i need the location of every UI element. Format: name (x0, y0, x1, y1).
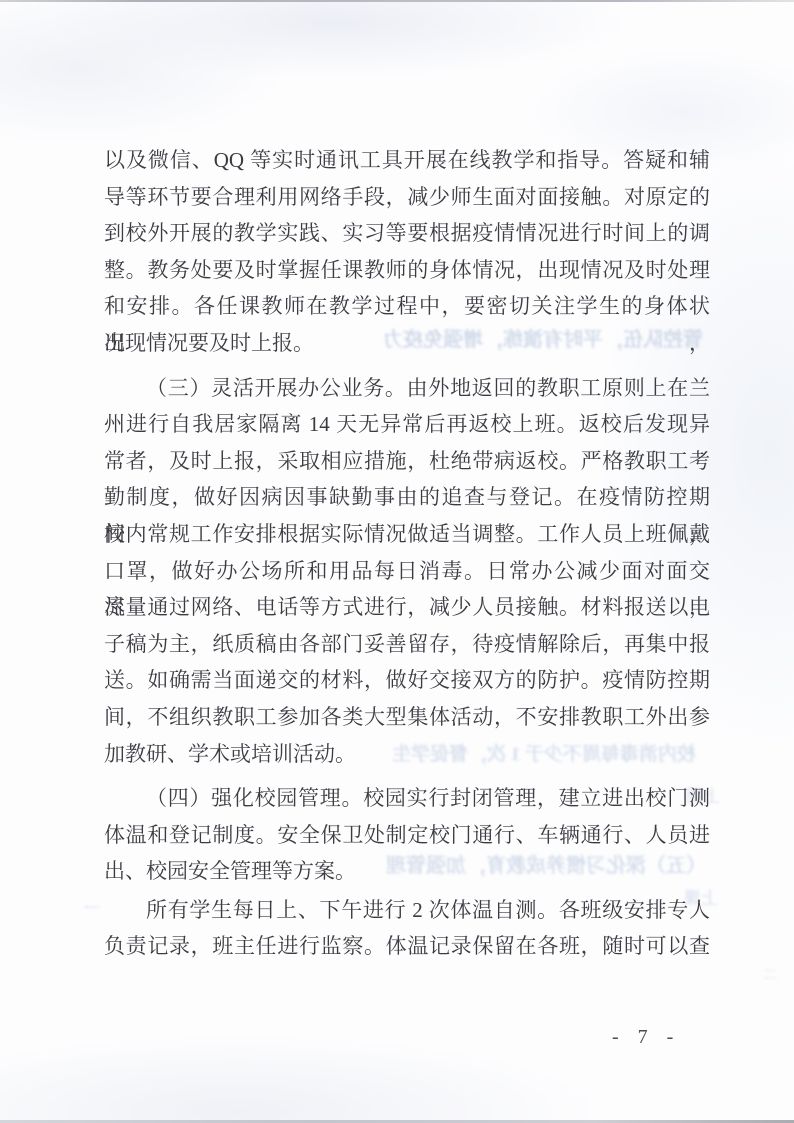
text-line: 口罩，做好办公场所和用品每日消毒。日常办公减少面对面交流， (104, 553, 710, 590)
text-line: 和安排。各任课教师在教学过程中，要密切关注学生的身体状况， (104, 288, 710, 325)
text-line: 勤制度，做好因病因事缺勤事由的追查与登记。在疫情防控期间， (104, 479, 710, 516)
page-number: - 7 - (612, 1026, 680, 1049)
text-line: 子稿为主，纸质稿由各部门妥善留存，待疫情解除后，再集中报 (104, 626, 710, 663)
text-line: 负责记录，班主任进行监察。体温记录保留在各班，随时可以查 (104, 928, 710, 965)
paragraph: （四）强化校园管理。校园实行封闭管理，建立进出校门测体温和登记制度。安全保卫处制… (104, 780, 710, 890)
text-line: 导等环节要合理利用网络手段，减少师生面对面接触。对原定的 (104, 179, 710, 216)
text-line: 整。教务处要及时掌握任课教师的身体情况，出现情况及时处理 (104, 252, 710, 289)
bleedthrough-text: 二 (764, 968, 777, 981)
text-line: 以及微信、QQ 等实时通讯工具开展在线教学和指导。答疑和辅 (104, 142, 710, 179)
scanned-page: 管控队伍，平时有演练，增强免疫力校内消毒每周不少于 1 次，督促学生（五）深化习… (0, 0, 794, 1123)
text-line: 送。如确需当面递交的材料，做好交接双方的防护。疫情防控期 (104, 662, 710, 699)
text-line: 体温和登记制度。安全保卫处制定校门通行、车辆通行、人员进 (104, 817, 710, 854)
text-line: 州进行自我居家隔离 14 天无异常后再返校上班。返校后发现异 (104, 406, 710, 443)
text-line: 间，不组织教职工参加各类大型集体活动，不安排教职工外出参 (104, 699, 710, 736)
document-text: 以及微信、QQ 等实时通讯工具开展在线教学和指导。答疑和辅导等环节要合理利用网络… (104, 142, 710, 965)
text-line: 加教研、学术或培训活动。 (104, 736, 710, 773)
text-line: 到校外开展的教学实践、实习等要根据疫情情况进行时间上的调 (104, 215, 710, 252)
text-line: 校内常规工作安排根据实际情况做适当调整。工作人员上班佩戴 (104, 516, 710, 553)
text-line: 出、校园安全管理等方案。 (104, 853, 710, 890)
paragraph: 以及微信、QQ 等实时通讯工具开展在线教学和指导。答疑和辅导等环节要合理利用网络… (104, 142, 710, 362)
text-line: 尽量通过网络、电话等方式进行，减少人员接触。材料报送以电 (104, 589, 710, 626)
paragraph: 所有学生每日上、下午进行 2 次体温自测。各班级安排专人负责记录，班主任进行监察… (104, 892, 710, 965)
text-line: （四）强化校园管理。校园实行封闭管理，建立进出校门测 (104, 780, 710, 817)
text-line: 所有学生每日上、下午进行 2 次体温自测。各班级安排专人 (104, 892, 710, 929)
paragraph: （三）灵活开展办公业务。由外地返回的教职工原则上在兰州进行自我居家隔离 14 天… (104, 370, 710, 773)
text-line: 常者，及时上报，采取相应措施，杜绝带病返校。严格教职工考 (104, 443, 710, 480)
text-line: （三）灵活开展办公业务。由外地返回的教职工原则上在兰 (104, 370, 710, 407)
bleedthrough-text: 一 (84, 902, 100, 918)
